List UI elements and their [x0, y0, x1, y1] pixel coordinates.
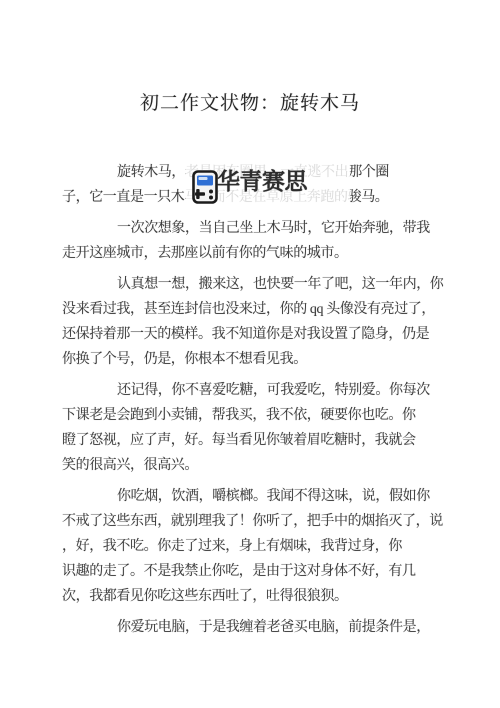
- handheld-game-console-icon: [192, 170, 218, 204]
- paragraph: 你吃烟，饮酒，嚼槟榔。我闻不得这味，说，假如你 不戒了这些东西，就别理我了！你听…: [62, 484, 482, 609]
- paragraph: 还记得，你不喜爱吃糖，可我爱吃，特别爱。你每次 下课老是会跑到小卖铺，帮我买，我…: [62, 378, 482, 478]
- document-page: 初二作文状物：旋转木马 旋转木马，老是困在圈里，一直逃不出那个圈 子，它一直是一…: [0, 0, 500, 708]
- document-title: 初二作文状物：旋转木马: [0, 88, 500, 115]
- essay-body: 旋转木马，老是困在圈里，一直逃不出那个圈 子，它一直是一只木马，而不是在草原上奔…: [62, 160, 482, 646]
- paragraph: 一次次想象，当自己坐上木马时，它开始奔驰，带我 走开这座城市，去那座以前有你的气…: [62, 216, 482, 266]
- paragraph: 你爱玩电脑，于是我缠着老爸买电脑，前提条件是，: [62, 615, 482, 640]
- watermark-brand-text: 华青赛思: [217, 163, 307, 196]
- paragraph: 认真想一想，搬来这，也快要一年了吧，这一年内，你 没来看过我，甚至连封信也没来过…: [62, 272, 482, 372]
- watermark: 华青赛思: [186, 162, 350, 214]
